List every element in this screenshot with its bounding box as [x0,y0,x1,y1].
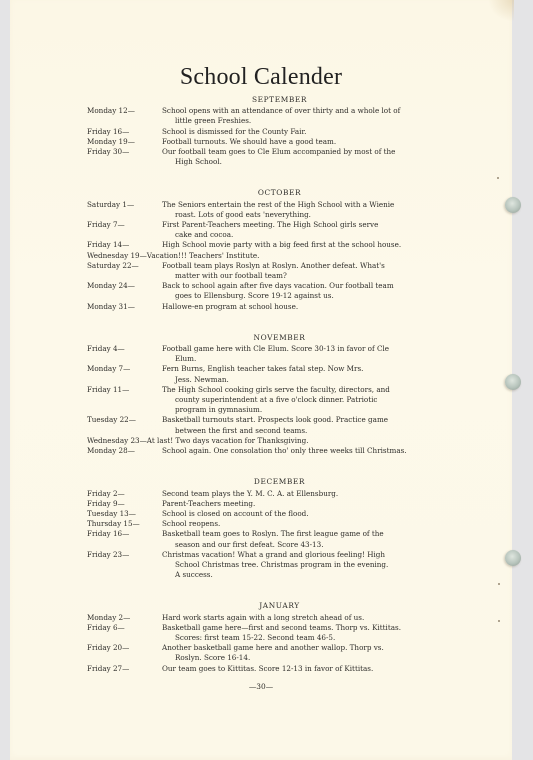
paper-speck [498,620,500,622]
description-line: Basketball turnouts start. Prospects loo… [162,415,472,425]
month-heading: DECEMBER [87,477,472,487]
description-line: Christmas vacation! What a grand and glo… [162,550,472,560]
entry-description: Hard work starts again with a long stret… [162,613,472,623]
calendar-entry: Monday 2—Hard work starts again with a l… [87,613,472,623]
calendar-entry: Saturday 22—Football team plays Roslyn a… [87,261,472,281]
month-section-november: NOVEMBERFriday 4—Football game here with… [87,333,472,456]
entry-description: Football game here with Cle Elum. Score … [162,344,472,364]
calendar-entry: Monday 28—School again. One consolation … [87,446,472,456]
month-section-january: JANUARYMonday 2—Hard work starts again w… [87,601,472,673]
entry-date: Friday 27— [87,664,162,674]
entry-date: Friday 23— [87,550,162,581]
entry-description: Basketball team goes to Roslyn. The firs… [162,529,472,549]
description-line: Football team plays Roslyn at Roslyn. An… [162,261,472,271]
entry-date: Monday 31— [87,302,162,312]
calendar-entry: Friday 9—Parent-Teachers meeting. [87,499,472,509]
entry-date: Monday 12— [87,106,162,126]
month-section-october: OCTOBERSaturday 1—The Seniors entertain … [87,188,472,311]
calendar-entry: Monday 7—Fern Burns, English teacher tak… [87,364,472,384]
description-line: Football turnouts. We should have a good… [162,137,472,147]
calendar-entry: Friday 30—Our football team goes to Cle … [87,147,472,167]
description-line: Parent-Teachers meeting. [162,499,472,509]
description-line: Basketball game here—first and second te… [162,623,472,633]
entry-description: School is dismissed for the County Fair. [162,127,472,137]
entry-date: Thursday 15— [87,519,162,529]
entry-date: Monday 2— [87,613,162,623]
description-line: Scores: first team 15-22. Second team 46… [162,633,472,643]
entry-date: Friday 20— [87,643,162,663]
calendar-entry: Friday 11—The High School cooking girls … [87,385,472,416]
month-heading: OCTOBER [87,188,472,198]
calendar-entry: Friday 7—First Parent-Teachers meeting. … [87,220,472,240]
calendar-entry: Friday 4—Football game here with Cle Elu… [87,344,472,364]
description-line: Hard work starts again with a long stret… [162,613,472,623]
calendar-entry: Friday 14—High School movie party with a… [87,240,472,250]
month-heading: JANUARY [87,601,472,611]
description-line: program in gymnasium. [162,405,472,415]
calendar-entry: Friday 16—Basketball team goes to Roslyn… [87,529,472,549]
description-line: roast. Lots of good eats 'neverything. [162,210,472,220]
calendar-entry: Saturday 1—The Seniors entertain the res… [87,200,472,220]
entry-date: Wednesday 23— [87,436,147,446]
entry-description: School opens with an attendance of over … [162,106,472,126]
calendar-entry: Monday 19—Football turnouts. We should h… [87,137,472,147]
description-line: little green Freshies. [162,116,472,126]
entry-description: Hallowe-en program at school house. [162,302,472,312]
month-heading: NOVEMBER [87,333,472,343]
entry-date: Tuesday 22— [87,415,162,435]
entry-date: Friday 30— [87,147,162,167]
calendar-entry: Monday 31—Hallowe-en program at school h… [87,302,472,312]
description-line: School again. One consolation tho' only … [162,446,472,456]
calendar-content: SEPTEMBERMonday 12—School opens with an … [87,95,472,695]
entry-description: Our football team goes to Cle Elum accom… [162,147,472,167]
entry-date: Friday 6— [87,623,162,643]
description-line: The High School cooking girls serve the … [162,385,472,395]
calendar-entry: Friday 23—Christmas vacation! What a gra… [87,550,472,581]
punch-hole [505,197,521,213]
entry-description: The Seniors entertain the rest of the Hi… [162,200,472,220]
month-section-december: DECEMBERFriday 2—Second team plays the Y… [87,477,472,580]
entry-date: Friday 14— [87,240,162,250]
entry-date: Wednesday 19— [87,251,147,261]
description-line: goes to Ellensburg. Score 19-12 against … [162,291,472,301]
calendar-entry: Wednesday 19—Vacation!!! Teachers' Insti… [87,251,472,261]
page-number: —30— [10,682,512,691]
calendar-entry: Friday 6—Basketball game here—first and … [87,623,472,643]
entry-date: Monday 28— [87,446,162,456]
paper-speck [498,583,500,585]
entry-description: High School movie party with a big feed … [162,240,472,250]
description-line: county superintendent at a five o'clock … [162,395,472,405]
description-line: Vacation!!! Teachers' Institute. [147,251,472,261]
description-line: High School. [162,157,472,167]
entry-description: Second team plays the Y. M. C. A. at Ell… [162,489,472,499]
entry-description: School reopens. [162,519,472,529]
entry-date: Tuesday 13— [87,509,162,519]
calendar-entry: Tuesday 13—School is closed on account o… [87,509,472,519]
entry-description: Vacation!!! Teachers' Institute. [147,251,472,261]
description-line: School reopens. [162,519,472,529]
description-line: High School movie party with a big feed … [162,240,472,250]
page-title: School Calender [10,64,512,91]
calendar-entry: Friday 20—Another basketball game here a… [87,643,472,663]
description-line: Second team plays the Y. M. C. A. at Ell… [162,489,472,499]
description-line: Basketball team goes to Roslyn. The firs… [162,529,472,539]
month-section-september: SEPTEMBERMonday 12—School opens with an … [87,95,472,167]
entry-description: Basketball game here—first and second te… [162,623,472,643]
entry-description: Parent-Teachers meeting. [162,499,472,509]
description-line: matter with our football team? [162,271,472,281]
description-line: cake and cocoa. [162,230,472,240]
calendar-entry: Friday 2—Second team plays the Y. M. C. … [87,489,472,499]
entry-description: Christmas vacation! What a grand and glo… [162,550,472,581]
punch-hole [505,550,521,566]
calendar-entry: Tuesday 22—Basketball turnouts start. Pr… [87,415,472,435]
entry-description: Our team goes to Kittitas. Score 12-13 i… [162,664,472,674]
entry-description: Fern Burns, English teacher takes fatal … [162,364,472,384]
calendar-entry: Monday 24—Back to school again after fiv… [87,281,472,301]
entry-date: Friday 16— [87,127,162,137]
calendar-entry: Wednesday 23—At last! Two days vacation … [87,436,472,446]
entry-date: Friday 11— [87,385,162,416]
calendar-entry: Friday 16—School is dismissed for the Co… [87,127,472,137]
entry-description: First Parent-Teachers meeting. The High … [162,220,472,240]
description-line: Football game here with Cle Elum. Score … [162,344,472,354]
entry-date: Saturday 1— [87,200,162,220]
description-line: season and our first defeat. Score 43-13… [162,540,472,550]
calendar-entry: Thursday 15—School reopens. [87,519,472,529]
entry-date: Friday 4— [87,344,162,364]
document-page: School Calender SEPTEMBERMonday 12—Schoo… [10,0,512,760]
entry-date: Friday 16— [87,529,162,549]
description-line: School is closed on account of the flood… [162,509,472,519]
entry-date: Friday 2— [87,489,162,499]
description-line: Roslyn. Score 16-14. [162,653,472,663]
description-line: Another basketball game here and another… [162,643,472,653]
description-line: School is dismissed for the County Fair. [162,127,472,137]
description-line: The Seniors entertain the rest of the Hi… [162,200,472,210]
entry-date: Monday 19— [87,137,162,147]
description-line: At last! Two days vacation for Thanksgiv… [147,436,472,446]
description-line: Elum. [162,354,472,364]
entry-description: Back to school again after five days vac… [162,281,472,301]
entry-description: Basketball turnouts start. Prospects loo… [162,415,472,435]
entry-description: Another basketball game here and another… [162,643,472,663]
description-line: between the first and second teams. [162,426,472,436]
description-line: School Christmas tree. Christmas program… [162,560,472,570]
description-line: Jess. Newman. [162,375,472,385]
description-line: Our team goes to Kittitas. Score 12-13 i… [162,664,472,674]
month-heading: SEPTEMBER [87,95,472,105]
entry-description: Football team plays Roslyn at Roslyn. An… [162,261,472,281]
entry-date: Saturday 22— [87,261,162,281]
entry-description: School again. One consolation tho' only … [162,446,472,456]
punch-hole [505,374,521,390]
description-line: Hallowe-en program at school house. [162,302,472,312]
page-corner-fold [488,0,514,22]
entry-description: Football turnouts. We should have a good… [162,137,472,147]
description-line: Our football team goes to Cle Elum accom… [162,147,472,157]
entry-description: School is closed on account of the flood… [162,509,472,519]
entry-date: Monday 7— [87,364,162,384]
calendar-entry: Friday 27—Our team goes to Kittitas. Sco… [87,664,472,674]
entry-date: Friday 9— [87,499,162,509]
calendar-entry: Monday 12—School opens with an attendanc… [87,106,472,126]
description-line: School opens with an attendance of over … [162,106,472,116]
entry-description: The High School cooking girls serve the … [162,385,472,416]
paper-speck [497,177,499,179]
entry-description: At last! Two days vacation for Thanksgiv… [147,436,472,446]
description-line: Fern Burns, English teacher takes fatal … [162,364,472,374]
description-line: Back to school again after five days vac… [162,281,472,291]
entry-date: Monday 24— [87,281,162,301]
entry-date: Friday 7— [87,220,162,240]
description-line: First Parent-Teachers meeting. The High … [162,220,472,230]
description-line: A success. [162,570,472,580]
